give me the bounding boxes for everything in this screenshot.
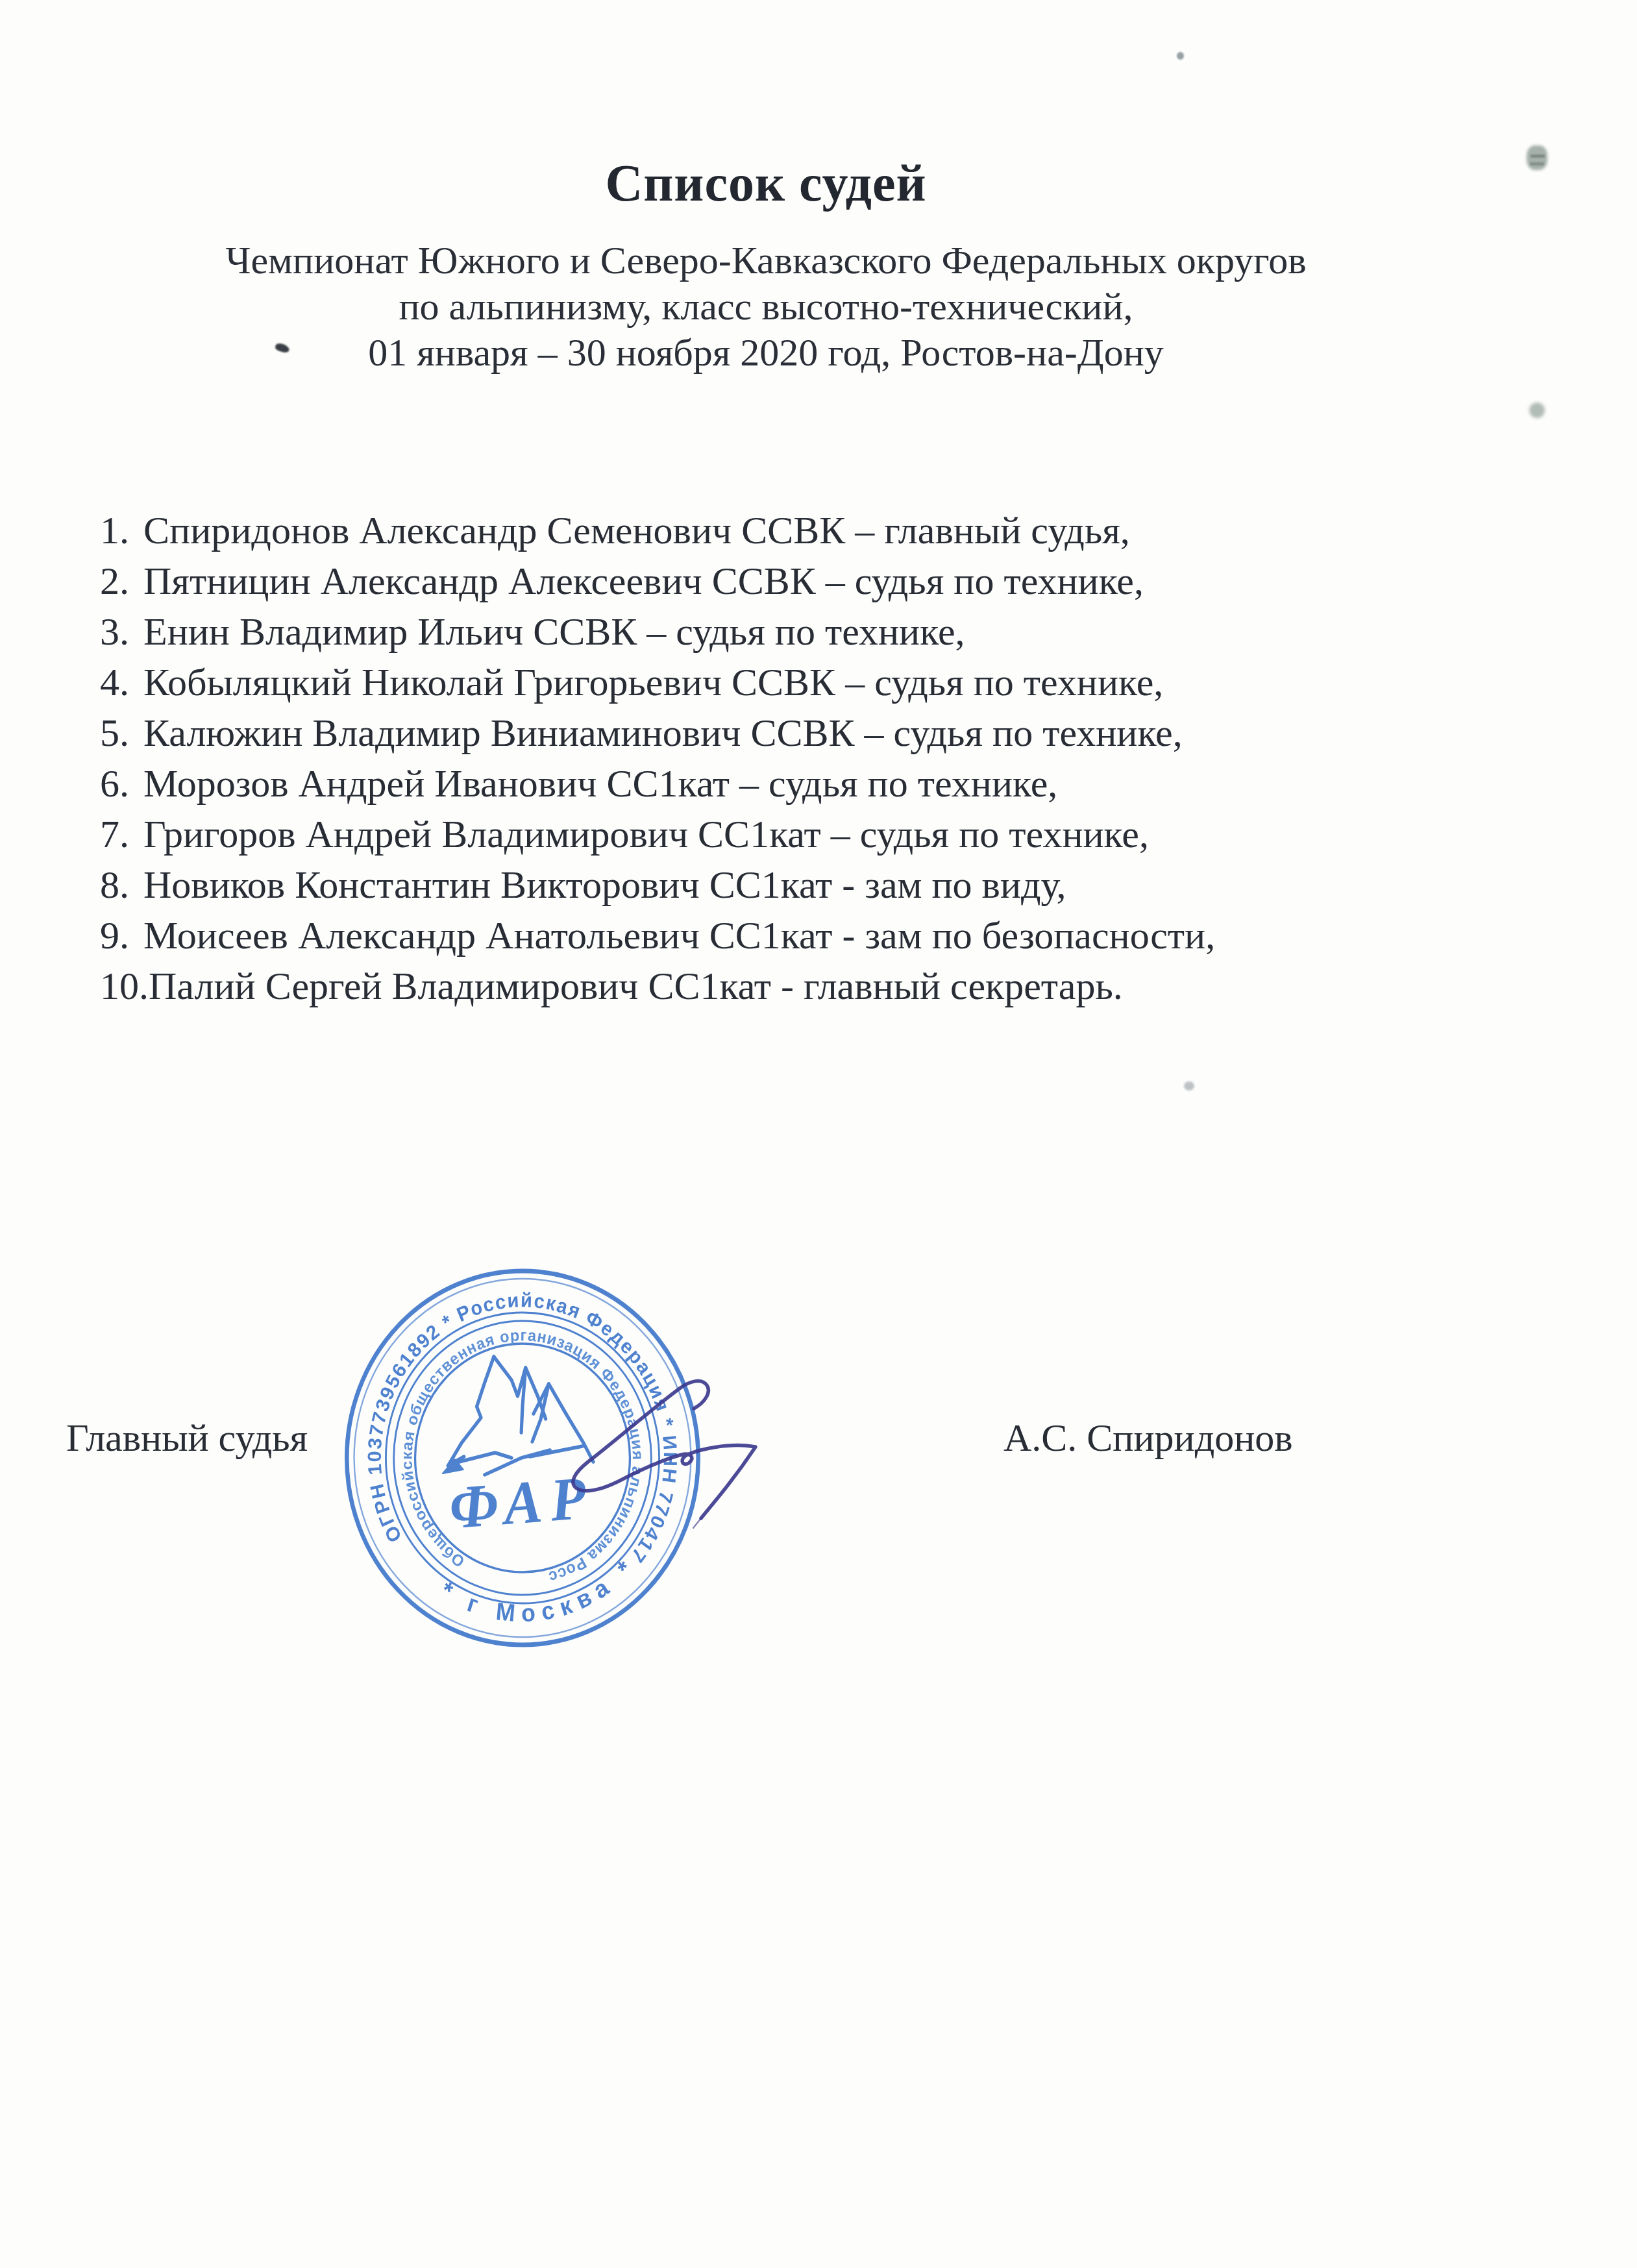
chief-judge-label: Главный судья: [66, 1412, 308, 1463]
judge-text: Калюжин Владимир Виниаминович ССВК – суд…: [143, 708, 1183, 758]
mountain-icon: [443, 1357, 593, 1475]
judge-text: Новиков Константин Викторович СС1кат - з…: [143, 859, 1066, 910]
judge-number: 10.: [100, 961, 149, 1011]
judge-row: 2.Пятницин Александр Алексеевич ССВК – с…: [100, 556, 1463, 606]
judge-row: 3.Енин Владимир Ильич ССВК – судья по те…: [100, 606, 1463, 657]
scan-artifact-smudge: [1529, 402, 1545, 418]
judge-row: 1.Спиридонов Александр Семенович ССВК – …: [100, 505, 1463, 556]
judge-row: 5.Калюжин Владимир Виниаминович ССВК – с…: [100, 708, 1463, 758]
stamp-graphic: ФАР ОГРН 1037739561892 * Российская Феде…: [276, 1211, 769, 1705]
subtitle-line-2: по альпинизму, класс высотно-технический…: [0, 284, 1532, 330]
document-subtitle: Чемпионат Южного и Северо-Кавказского Фе…: [0, 238, 1532, 376]
judge-number: 2.: [100, 556, 143, 606]
scan-artifact-dot: [1177, 52, 1184, 60]
judge-text: Морозов Андрей Иванович СС1кат – судья п…: [143, 758, 1057, 809]
judge-row: 10.Палий Сергей Владимирович СС1кат - гл…: [100, 961, 1463, 1011]
scan-artifact-smudge: [1530, 162, 1544, 166]
judge-text: Моисеев Александр Анатольевич СС1кат - з…: [143, 910, 1215, 961]
judge-row: 6.Морозов Андрей Иванович СС1кат – судья…: [100, 758, 1463, 809]
scan-artifact-smudge: [1531, 154, 1545, 158]
judge-row: 7.Григоров Андрей Владимирович СС1кат – …: [100, 809, 1463, 859]
stamp-abbr-text: ФАР: [447, 1464, 596, 1542]
judge-number: 9.: [100, 910, 143, 961]
judge-text: Пятницин Александр Алексеевич ССВК – суд…: [143, 556, 1144, 606]
judge-number: 1.: [100, 505, 143, 556]
judge-number: 7.: [100, 809, 143, 859]
judge-text: Енин Владимир Ильич ССВК – судья по техн…: [143, 606, 965, 657]
subtitle-line-1: Чемпионат Южного и Северо-Кавказского Фе…: [0, 238, 1532, 284]
judge-text: Григоров Андрей Владимирович СС1кат – су…: [143, 809, 1149, 859]
scan-artifact-smudge: [1527, 145, 1547, 170]
judge-number: 3.: [100, 606, 143, 657]
judge-number: 5.: [100, 708, 143, 758]
judge-text: Спиридонов Александр Семенович ССВК – гл…: [143, 505, 1130, 556]
judges-list: 1.Спиридонов Александр Семенович ССВК – …: [100, 505, 1463, 1011]
judge-row: 8.Новиков Константин Викторович СС1кат -…: [100, 859, 1463, 910]
judge-text: Палий Сергей Владимирович СС1кат - главн…: [149, 961, 1123, 1011]
judge-number: 4.: [100, 657, 143, 708]
page-title: Список судей: [0, 154, 1532, 214]
chief-judge-name: А.С. Спиридонов: [1003, 1412, 1293, 1463]
judge-number: 8.: [100, 859, 143, 910]
document-page: Список судей Чемпионат Южного и Северо-К…: [0, 0, 1637, 2268]
judge-row: 4.Кобыляцкий Николай Григорьевич ССВК – …: [100, 657, 1463, 708]
subtitle-line-3: 01 января – 30 ноября 2020 год, Ростов-н…: [0, 330, 1532, 376]
judge-number: 6.: [100, 758, 143, 809]
scan-artifact-curl: [1184, 1081, 1194, 1091]
judge-text: Кобыляцкий Николай Григорьевич ССВК – су…: [143, 657, 1163, 708]
judge-row: 9.Моисеев Александр Анатольевич СС1кат -…: [100, 910, 1463, 961]
